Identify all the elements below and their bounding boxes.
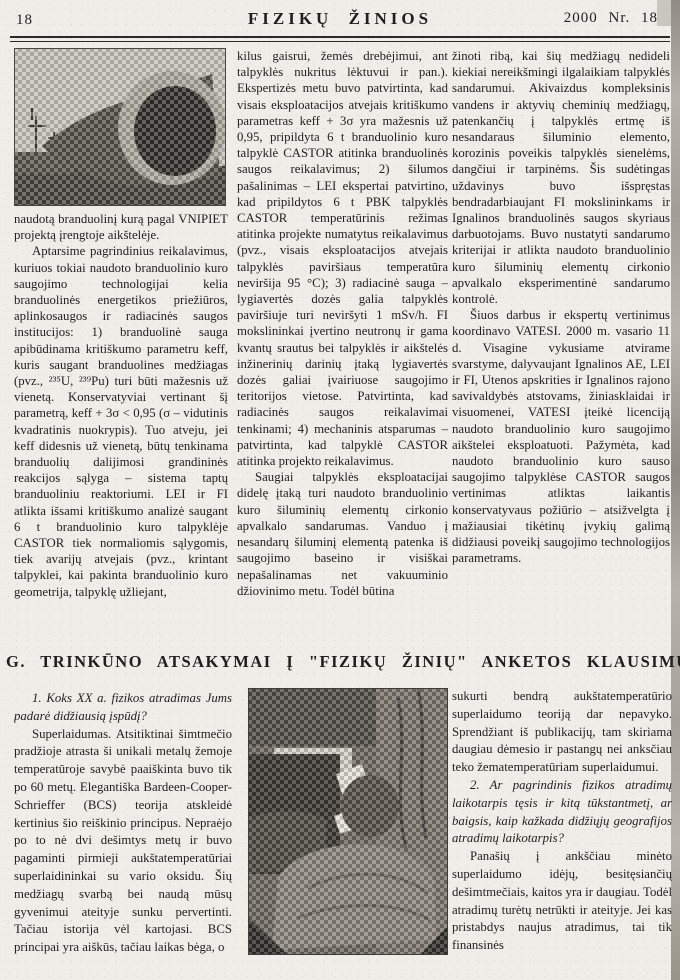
interview-right-paragraph-1: sukurti bendrą aukštatemperatūrio superl…	[452, 688, 672, 777]
interview-section-heading: G. TRINKŪNO ATSAKYMAI Į "FIZIKŲ ŽINIŲ" A…	[6, 652, 674, 672]
interview-answer-1: Superlaidumas. Atsitiktinai šimtmečio pr…	[14, 726, 232, 957]
header-rule	[10, 36, 670, 42]
article1-column-right: žinoti ribą, kai šių medžiagų nedideli k…	[452, 48, 670, 634]
article1-right-paragraph-2: Šiuos darbus ir ekspertų vertinimus koor…	[452, 307, 670, 566]
interview-column-right: sukurti bendrą aukštatemperatūrio superl…	[452, 688, 672, 980]
article1-column-left: naudotą branduolinį kurą pagal VNIPIET p…	[14, 48, 228, 634]
interview-answer-2: Panašių į ankščiau minėto superlaidumo i…	[452, 848, 672, 955]
castor-cask-photo	[14, 48, 226, 206]
article1-column-middle: kilus gaisrui, žemės drebėjimui, ant tal…	[237, 48, 448, 634]
journal-page: 18 FIZIKŲ ŽINIOS 2000 Nr. 18 naud	[0, 0, 680, 980]
scan-edge-strip	[671, 0, 680, 980]
article1-right-paragraph-1: žinoti ribą, kai šių medžiagų nedideli k…	[452, 48, 670, 307]
interview-question-1: 1. Koks XX a. fizikos atradimas Jums pad…	[14, 690, 232, 726]
article1-middle-paragraph-1: kilus gaisrui, žemės drebėjimui, ant tal…	[237, 48, 448, 469]
article1-left-paragraph-2: Aptarsime pagrindinius reikalavimus, kur…	[14, 243, 228, 599]
issue-label: 2000 Nr. 18	[564, 10, 658, 27]
interviewee-portrait-photo	[248, 688, 448, 955]
article1-middle-paragraph-2: Saugiai talpyklės eksploatacijai didelę …	[237, 469, 448, 599]
article1-left-paragraph-1: naudotą branduolinį kurą pagal VNIPIET p…	[14, 211, 228, 243]
interview-question-2: 2. Ar pagrindinis fizikos atradimų laiko…	[452, 777, 672, 848]
interview-column-left: 1. Koks XX a. fizikos atradimas Jums pad…	[14, 690, 232, 980]
